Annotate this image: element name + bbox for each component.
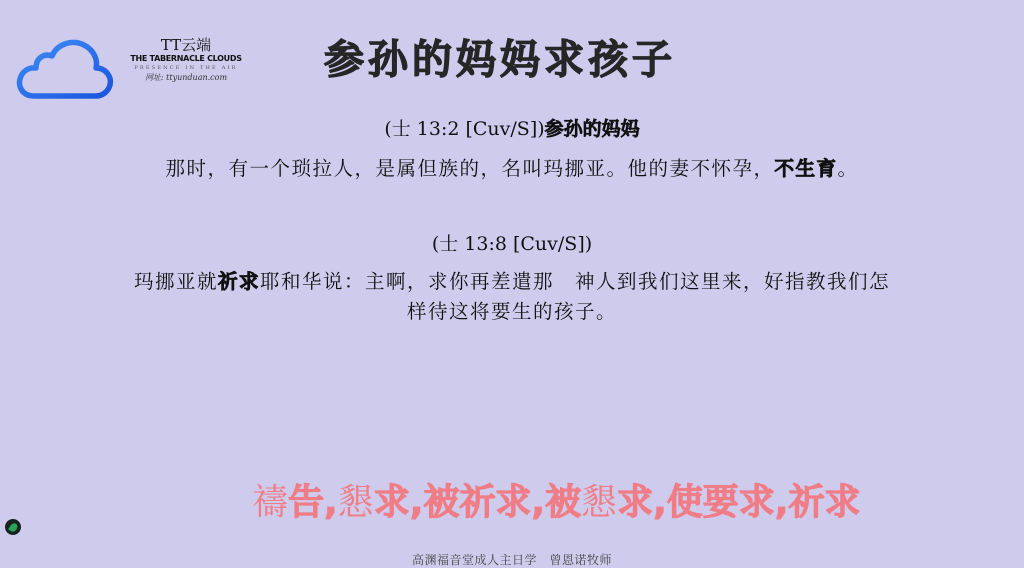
logo-tagline: PRESENCE IN THE AIR: [126, 64, 246, 72]
verse2-line1: 玛挪亚就祈求耶和华说：主啊，求你再差遣那 神人到我们这里来，好指教我们怎: [0, 267, 1024, 297]
leaf-icon: [8, 521, 19, 532]
verse1-text-before: 那时，有一个琐拉人，是属但族的，名叫玛挪亚。他的妻不怀孕，: [165, 157, 774, 180]
keyword-segment: 禱: [252, 482, 288, 523]
verse1-reference: (士 13:2 [Cuv/S]): [384, 118, 544, 140]
logo-url: 网址: ttyunduan.com: [126, 72, 246, 83]
keyword-segment: 告: [288, 482, 324, 523]
leaf-badge-icon[interactable]: [5, 519, 21, 535]
verse1-text: 那时，有一个琐拉人，是属但族的，名叫玛挪亚。他的妻不怀孕，不生育。: [0, 154, 1024, 184]
verse2-reference-line: (士 13:8 [Cuv/S]): [0, 231, 1024, 257]
verse1-heading: 参孙的妈妈: [545, 118, 640, 140]
keyword-segment: ,: [324, 482, 338, 523]
verse1-reference-line: (士 13:2 [Cuv/S])参孙的妈妈: [0, 116, 1024, 142]
keyword-segment: ,被祈求,被: [410, 482, 581, 523]
logo-name-cn: TT云端: [126, 36, 246, 54]
verse2-text-after: 耶和华说：主啊，求你再差遣那 神人到我们这里来，好指教我们怎: [260, 270, 890, 293]
logo-text: TT云端 THE TABERNACLE CLOUDS PRESENCE IN T…: [126, 36, 246, 83]
verse2-text-before: 玛挪亚就: [134, 270, 218, 293]
keyword-segment: 求: [374, 482, 410, 523]
verse2-line2: 样待这将要生的孩子。: [0, 297, 1024, 327]
footer-credit: 高渊福音堂成人主日学 曾恩诺牧师: [0, 551, 1024, 568]
keyword-segment: 懇: [338, 482, 374, 523]
keywords-line: 禱告,懇求,被祈求,被懇求,使要求,祈求: [252, 478, 992, 528]
verse2-reference: (士 13:8 [Cuv/S]): [432, 233, 592, 255]
keyword-segment: 求,使要求,祈求: [617, 482, 860, 523]
keyword-segment: 懇: [581, 482, 617, 523]
page-title: 参孙的妈妈求孩子: [300, 34, 700, 86]
verse1-text-after: 。: [838, 157, 859, 180]
cloud-icon: [14, 36, 116, 102]
verse1-text-bold: 不生育: [774, 157, 837, 180]
verse2-text-bold: 祈求: [218, 270, 260, 293]
logo-name-en: THE TABERNACLE CLOUDS: [126, 54, 246, 64]
